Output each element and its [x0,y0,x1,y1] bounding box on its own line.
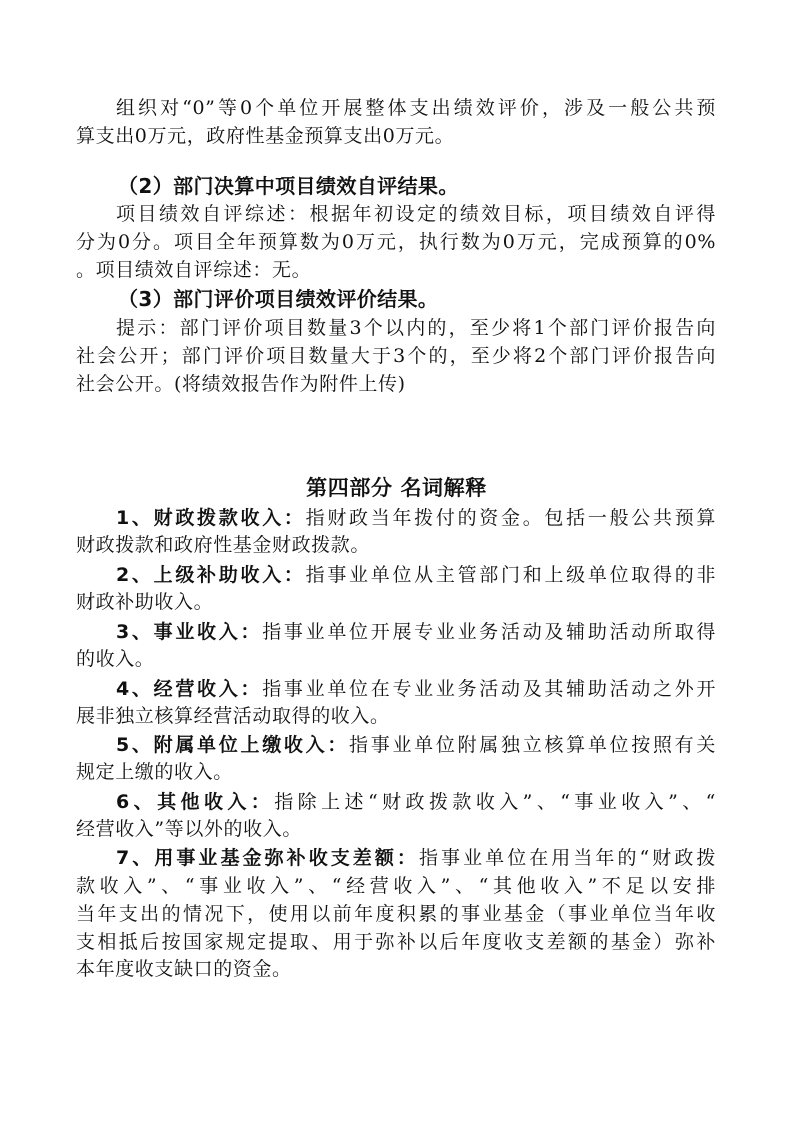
text-line: 本年度收支缺口的资金。 [76,957,716,981]
term-text: 指除上述“财政拨款收入”、“事业收入”、“ [274,791,716,813]
term-text: 指财政当年拨付的资金。包括一般公共预算 [306,507,716,529]
section-heading-project-self-evaluation: （2）部门决算中项目绩效自评结果。 [118,173,459,199]
text-line: 3、事业收入：指事业单位开展专业业务活动及辅助活动所取得 [116,620,716,644]
term-label: 7、用事业基金弥补收支差额： [116,847,419,869]
text-line: 经营收入”等以外的收入。 [76,817,716,841]
text-line: 社会公开；部门评价项目数量大于3个的，至少将2个部门评价报告向 [76,344,716,368]
text-line: 分为0分。项目全年预算数为0万元，执行数为0万元，完成预算的0% [76,230,716,254]
text-line: 支相抵后按国家规定提取、用于弥补以后年度收支差额的基金）弥补 [76,930,716,954]
text-line: 组织对“0”等0个单位开展整体支出绩效评价，涉及一般公共预 [116,96,716,120]
text-line: 7、用事业基金弥补收支差额：指事业单位在用当年的“财政拨 [116,846,716,870]
text-line: 财政拨款和政府性基金财政拨款。 [76,533,716,557]
term-text: 指事业单位从主管部门和上级单位取得的非 [306,564,716,586]
term-label: 2、上级补助收入： [116,564,306,586]
term-label: 1、财政拨款收入： [116,507,306,529]
text-line: 5、附属单位上缴收入：指事业单位附属独立核算单位按照有关 [116,733,716,757]
text-line: 算支出0万元，政府性基金预算支出0万元。 [76,124,716,148]
term-label: 5、附属单位上缴收入： [116,734,349,756]
text-line: 项目绩效自评综述：根据年初设定的绩效目标，项目绩效自评得 [116,202,716,226]
term-text: 指事业单位在专业业务活动及其辅助活动之外开 [262,678,716,700]
text-line: 的收入。 [76,647,716,671]
text-line: 6、其他收入：指除上述“财政拨款收入”、“事业收入”、“ [116,790,716,814]
term-label: 4、经营收入： [116,678,262,700]
term-label: 6、其他收入： [116,791,274,813]
text-line: 4、经营收入：指事业单位在专业业务活动及其辅助活动之外开 [116,677,716,701]
text-line: 当年支出的情况下，使用以前年度积累的事业基金（事业单位当年收 [76,902,716,926]
text-line: 款收入”、“事业收入”、“经营收入”、“其他收入”不足以安排 [76,874,716,898]
text-line: 社会公开。(将绩效报告作为附件上传) [76,372,716,396]
section-heading-department-evaluation: （3）部门评价项目绩效评价结果。 [118,286,438,312]
text-line: 展非独立核算经营活动取得的收入。 [76,704,716,728]
text-line: 1、财政拨款收入：指财政当年拨付的资金。包括一般公共预算 [116,506,716,530]
text-line: 财政补助收入。 [76,590,716,614]
text-line: 2、上级补助收入：指事业单位从主管部门和上级单位取得的非 [116,563,716,587]
term-text: 指事业单位在用当年的“财政拨 [419,847,716,869]
term-text: 指事业单位开展专业业务活动及辅助活动所取得 [262,621,716,643]
part-title: 第四部分 名词解释 [0,474,793,502]
text-line: 。项目绩效自评综述：无。 [76,258,716,282]
text-line: 规定上缴的收入。 [76,760,716,784]
term-text: 指事业单位附属独立核算单位按照有关 [349,734,716,756]
term-label: 3、事业收入： [116,621,262,643]
text-line: 提示：部门评价项目数量3个以内的，至少将1个部门评价报告向 [116,316,716,340]
